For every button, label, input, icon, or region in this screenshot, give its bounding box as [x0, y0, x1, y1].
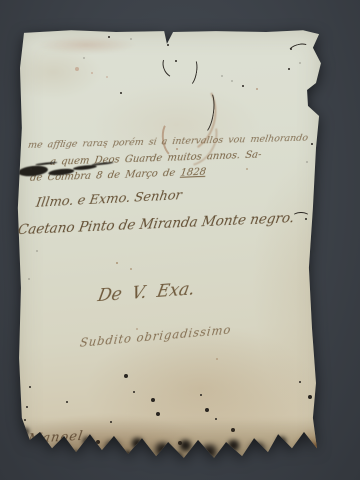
foxing-specks [16, 28, 18, 30]
charred-bottom-edge [16, 28, 19, 31]
photo-backdrop: me afflige raras porém si a intervallos … [0, 0, 360, 480]
dateline-year: 1828 [180, 167, 207, 179]
bleedthrough-stain [36, 36, 136, 54]
letter-body-line-2: a quem Deos Guarde muitos annos. Sa- [49, 150, 262, 168]
ink-squiggle-mark [287, 41, 311, 58]
courtesy-line: De V. Exa. [96, 279, 196, 306]
letter-body-line-3: de Coimbra 8 de Março de 1828 [29, 167, 206, 184]
manuscript-page: me afflige raras porém si a intervallos … [16, 28, 324, 468]
salutation-line: Illmo. e Exmo. Senhor [35, 188, 183, 211]
addressee-line: Caetano Pinto de Miranda Monte negro. [17, 210, 296, 238]
paper-sheet: me afflige raras porém si a intervallos … [16, 28, 324, 468]
singe-gradient-bottom [16, 406, 324, 468]
burn-specks [16, 28, 18, 30]
ink-squiggle-mark [292, 212, 310, 222]
dateline-text: de Coimbra 8 de Março de [29, 168, 176, 184]
closing-line: Subdito obrigadissimo [79, 323, 232, 350]
